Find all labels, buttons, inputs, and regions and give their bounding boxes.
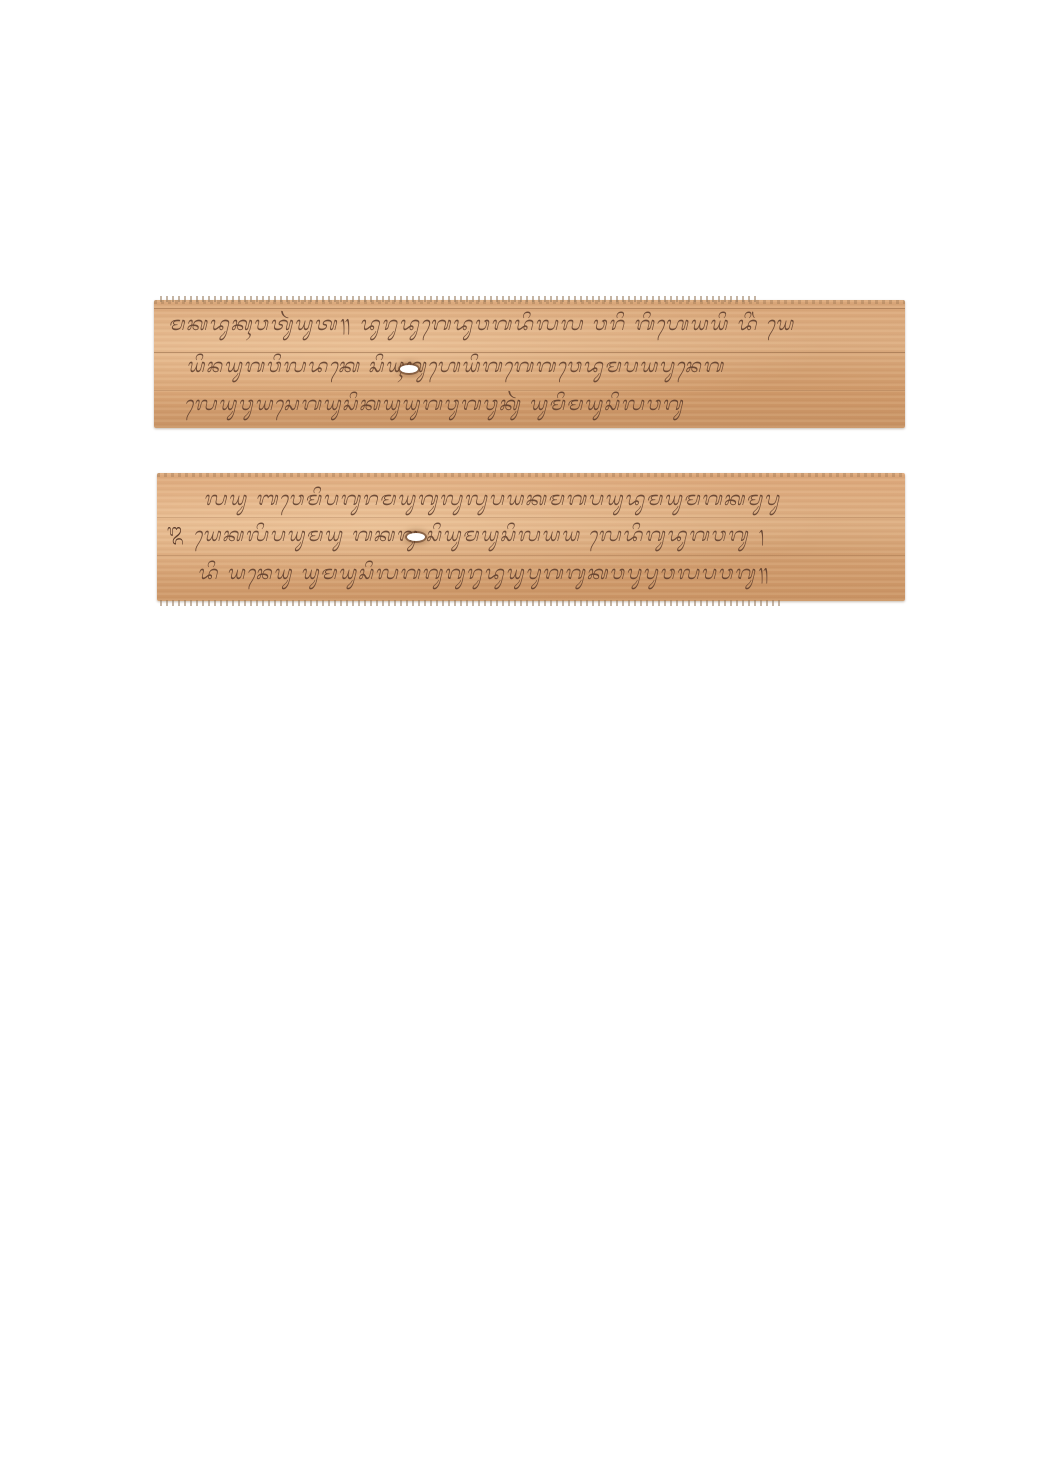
script-line-3: ᬤᬶ ᬬᬦᬾᬬᬸ ᬬᬸᬫᬬᬸᬲᬶᬮᬕᬕᬸᬕᬸᬭᬸᬤᬸᬬᬸᬧᬸᬕᬕᬸᬓᬯᬧᬸᬧᬸᬯ… [197,559,770,593]
leaf-number: ᬑ [167,519,183,548]
ruling-line [154,308,905,309]
ruling-line [157,555,905,556]
script-line-2: ᬬᬶᬦᬬᬸᬕᬯᬶᬮᬤᬓᬾ ᬲᬶᬬᬹᬓᬸᬳᬾᬬᬶᬕᬕᬾᬕᬯᬾᬤᬸᬫᬧᬬᬧᬸᬦᬾᬕ [186,352,725,386]
leaf-frayed-edge [160,600,780,606]
palm-leaf-manuscript-2: ᬮᬬᬸ ᬩᬯᬾᬫᬶᬧᬕᬸᬭᬫᬬᬸᬕᬸᬮᬸᬮᬸᬧᬬᬓᬫᬕᬧᬬᬸᬤᬸᬫᬬᬸᬫᬕᬓᬫᬸ… [157,473,905,601]
string-hole [407,533,425,541]
leaf-frayed-edge [160,296,760,302]
script-line-1: ᬮᬬᬸ ᬩᬯᬾᬫᬶᬧᬕᬸᬭᬫᬬᬸᬕᬸᬮᬸᬮᬸᬧᬬᬓᬫᬕᬧᬬᬸᬤᬸᬫᬬᬸᬫᬕᬓᬫᬸ… [203,485,780,519]
script-line-3: ᬮᬾᬬᬸᬯᬸᬬᬲᬾᬕᬬᬸᬲᬶᬓᬬᬸᬬᬸᬕᬯᬸᬕᬯᬸᬓᬸᬃ ᬬᬸᬫᬶᬫᬬᬸᬲᬶᬮᬯ… [184,390,684,424]
palm-leaf-manuscript-1: ᬫᬓᬤᬸᬓᬹᬯᬢᬸᬃᬬᬸᬢ᭟ ᬤᬸᬭᬸᬤᬸᬕᬾᬤᬸᬯᬕᬤᬶᬮᬮ ᬯᬭᬶ ᬕᬶᬳᬾ… [154,300,905,428]
script-line-2: ᬬᬾᬓᬮᬶᬧᬬᬸᬫᬬᬸ ᬕᬓᬕᬸ ᬲᬶᬬᬸᬫᬬᬸᬲᬶᬮᬬᬬ ᬮᬾᬤᬶᬕᬸᬤᬸᬕᬯ… [193,521,766,555]
string-hole [400,365,418,373]
document-page: ᬫᬓᬤᬸᬓᬹᬯᬢᬸᬃᬬᬸᬢ᭟ ᬤᬸᬭᬸᬤᬸᬕᬾᬤᬸᬯᬕᬤᬶᬮᬮ ᬯᬭᬶ ᬕᬶᬳᬾ… [0,0,1040,1473]
script-line-1: ᬫᬓᬤᬸᬓᬹᬯᬢᬸᬃᬬᬸᬢ᭟ ᬤᬸᬭᬸᬤᬸᬕᬾᬤᬸᬯᬕᬤᬶᬮᬮ ᬯᬭᬶ ᬕᬶᬳᬾ… [168,310,794,344]
